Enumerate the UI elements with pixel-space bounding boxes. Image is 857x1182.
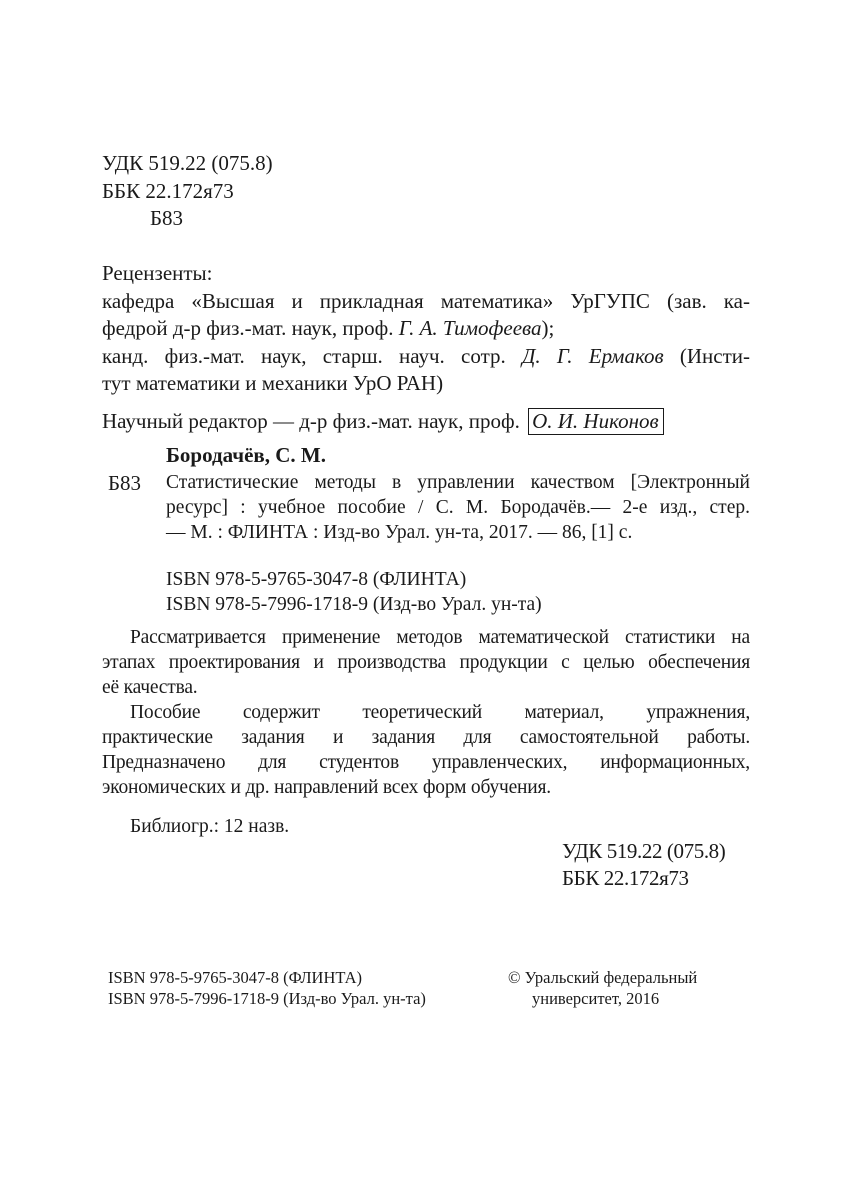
udk-code: УДК 519.22 (075.8) (102, 150, 273, 176)
annotation-paragraph: Рассматривается применение методов матем… (102, 625, 750, 700)
annotation-line: её качества. (102, 675, 750, 700)
editor-label: Научный редактор — д-р физ.-мат. наук, п… (102, 409, 520, 433)
bbk-code-bottom: ББК 22.172я73 (562, 865, 689, 891)
reviewer-line: тут математики и механики УрО РАН) (102, 370, 443, 396)
bbk-code: ББК 22.172я73 (102, 178, 234, 204)
editor-name-box: О. И. Никонов (528, 408, 664, 435)
footer-isbn: ISBN 978-5-9765-3047-8 (ФЛИНТА) (108, 967, 362, 988)
annotation-line: Рассматривается применение методов матем… (102, 625, 750, 650)
copyright-line: университет, 2016 (532, 988, 659, 1009)
annotation-line: экономических и др. направлений всех фор… (102, 775, 750, 800)
isbn-line: ISBN 978-5-7996-1718-9 (Изд-во Урал. ун-… (166, 592, 542, 618)
scientific-editor: Научный редактор — д-р физ.-мат. наук, п… (102, 408, 664, 434)
udk-code-bottom: УДК 519.22 (075.8) (562, 838, 725, 864)
footer-isbn: ISBN 978-5-7996-1718-9 (Изд-во Урал. ун-… (108, 988, 426, 1009)
copyright-line: © Уральский федеральный (508, 967, 697, 988)
bib-description-line: — М. : ФЛИНТА : Изд-во Урал. ун-та, 2017… (166, 520, 632, 546)
reviewer-name: Г. А. Тимофеева (399, 316, 542, 340)
reviewer-text: ); (542, 316, 555, 340)
annotation-line: этапах проектирования и производства про… (102, 650, 750, 675)
isbn-line: ISBN 978-5-9765-3047-8 (ФЛИНТА) (166, 567, 466, 593)
reviewer-text: (Инсти- (664, 344, 750, 368)
annotation-line: Пособие содержит теоретический материал,… (102, 700, 750, 725)
bib-description-line: ресурс] : учебное пособие / С. М. Борода… (166, 495, 750, 521)
reviewer-text: федрой д-р физ.-мат. наук, проф. (102, 316, 399, 340)
reviewer-line: кафедра «Высшая и прикладная математика»… (102, 288, 750, 314)
author-code: Б83 (150, 205, 183, 231)
bib-description-line: Статистические методы в управлении качес… (166, 470, 750, 496)
bibliography-count: Библиогр.: 12 назв. (130, 814, 289, 840)
annotation-line: практические задания и задания для самос… (102, 725, 750, 750)
bib-author-code: Б83 (108, 470, 141, 496)
reviewer-line: федрой д-р физ.-мат. наук, проф. Г. А. Т… (102, 315, 554, 341)
imprint-page: УДК 519.22 (075.8) ББК 22.172я73 Б83 Рец… (0, 0, 857, 1182)
reviewers-heading: Рецензенты: (102, 260, 213, 286)
reviewer-text: канд. физ.-мат. наук, старш. науч. сотр. (102, 344, 522, 368)
reviewer-name: Д. Г. Ермаков (522, 344, 664, 368)
annotation-paragraph: Пособие содержит теоретический материал,… (102, 700, 750, 800)
bib-author: Бородачёв, С. М. (166, 442, 326, 468)
annotation-line: Предназначено для студентов управленческ… (102, 750, 750, 775)
reviewer-line: канд. физ.-мат. наук, старш. науч. сотр.… (102, 343, 750, 369)
